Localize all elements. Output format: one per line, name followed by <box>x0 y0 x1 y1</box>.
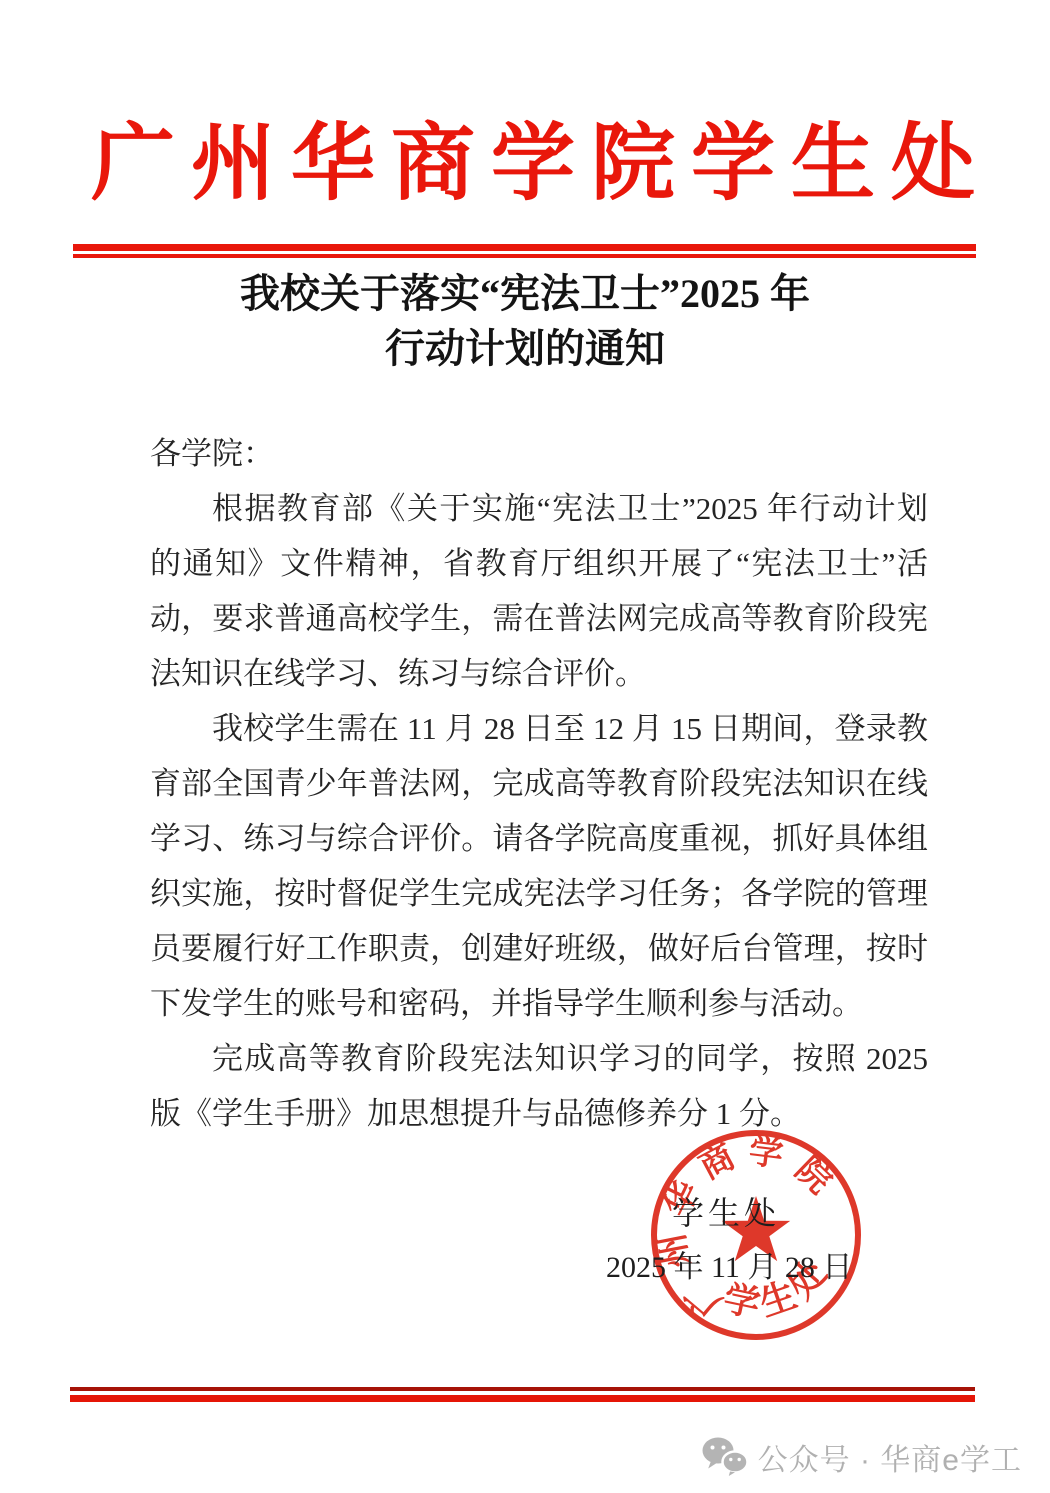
official-seal: 广 州 华 商 学 院 学 生 处 <box>645 1124 867 1346</box>
doc-body: 各学院： 根据教育部《关于实施“宪法卫士”2025 年行动计划的通知》文件精神，… <box>150 426 928 1141</box>
seal-ring-char: 商 <box>693 1137 741 1187</box>
signature-unit: 学生处 <box>672 1188 780 1234</box>
doc-title: 我校关于落实“宪法卫士”2025 年 行动计划的通知 <box>0 266 1050 376</box>
doc-title-line1: 我校关于落实“宪法卫士”2025 年 <box>0 266 1050 321</box>
notice-page: 广州华商学院学生处 我校关于落实“宪法卫士”2025 年 行动计划的通知 各学院… <box>0 0 1050 1493</box>
masthead-title: 广州华商学院学生处 <box>75 100 975 230</box>
signature-date: 2025 年 11 月 28 日 <box>606 1242 852 1286</box>
footer-account-label: 公众号 · 华商e学工 <box>758 1435 1022 1479</box>
wechat-icon <box>702 1437 748 1477</box>
bottom-rule <box>70 1387 975 1402</box>
salutation: 各学院： <box>150 426 928 481</box>
seal-ring-char: 学 <box>747 1132 785 1174</box>
masthead-rule <box>73 244 976 258</box>
seal-ring-char: 院 <box>788 1150 839 1201</box>
doc-title-line2: 行动计划的通知 <box>0 321 1050 376</box>
footer: 公众号 · 华商e学工 <box>702 1435 1022 1479</box>
paragraph-1: 根据教育部《关于实施“宪法卫士”2025 年行动计划的通知》文件精神，省教育厅组… <box>150 481 928 701</box>
paragraph-2: 我校学生需在 11 月 28 日至 12 月 15 日期间，登录教育部全国青少年… <box>150 701 928 1031</box>
